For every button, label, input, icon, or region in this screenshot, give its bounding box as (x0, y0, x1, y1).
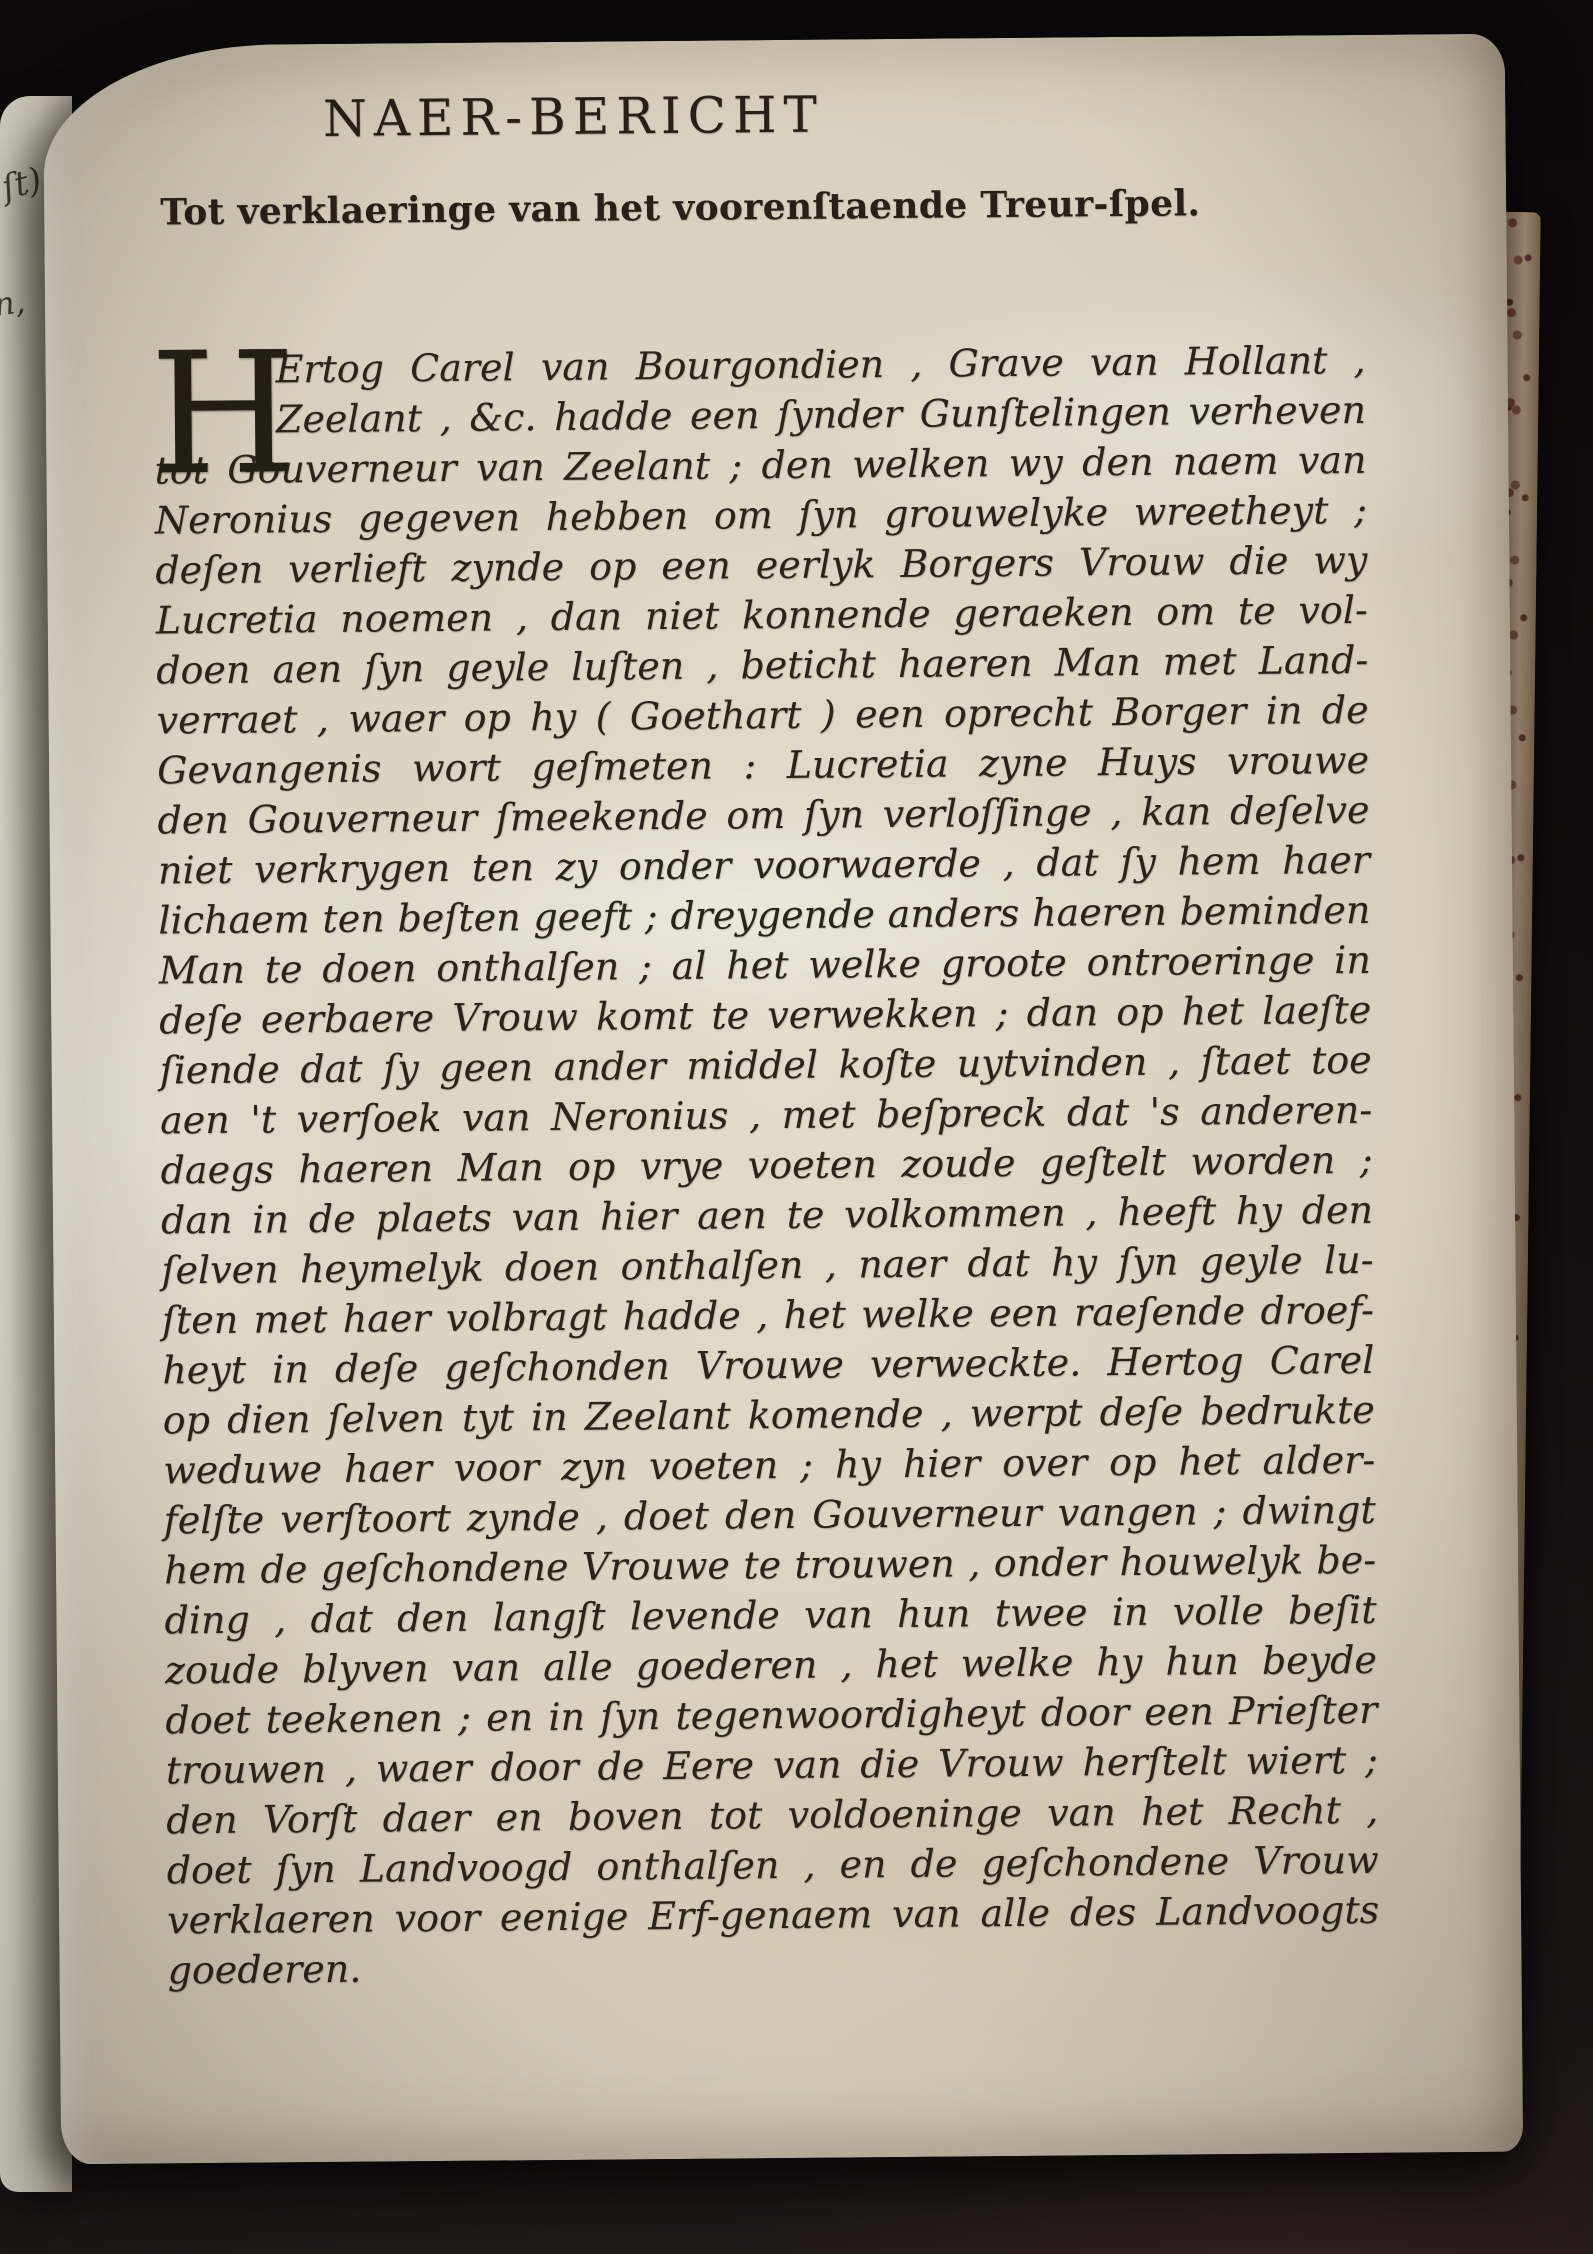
facing-page-text-fragment: ſt) (0, 160, 46, 208)
page-subtitle: Tot verklaeringe van het voorenſtaende T… (160, 182, 1200, 233)
drop-cap: H (149, 346, 297, 482)
book-photo: ſt) n, NAER-BERICHT Tot verklaeringe van… (0, 0, 1593, 2254)
book-page: NAER-BERICHT Tot verklaeringe van het vo… (43, 34, 1523, 2165)
page-title: NAER-BERICHT (123, 84, 1023, 150)
body-text: H Ertog Carel van Bourgondien , Grave va… (153, 335, 1379, 1996)
text-line: verklaeren voor eenige Erf-genaem van al… (167, 1885, 1379, 1946)
facing-page-text-fragment: n, (0, 282, 27, 324)
text-line: goederen. (167, 1935, 1379, 1996)
